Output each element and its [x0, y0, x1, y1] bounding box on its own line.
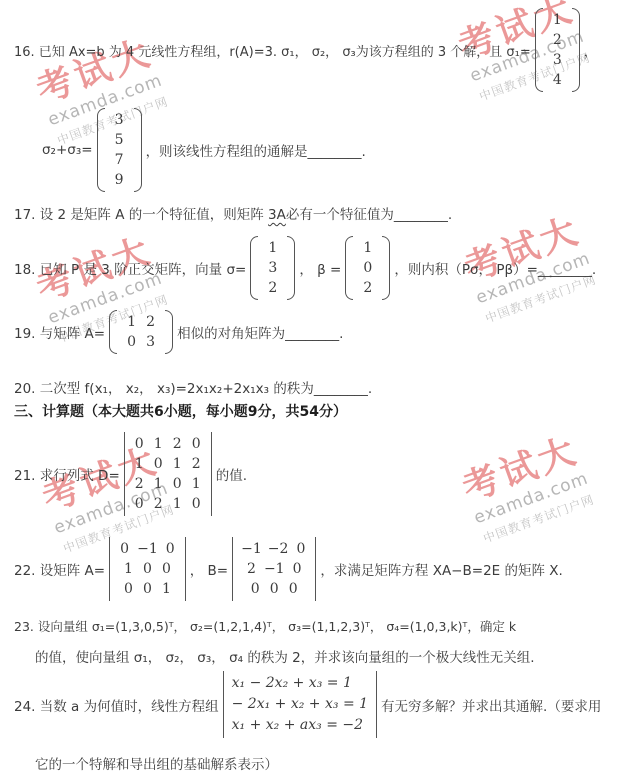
- matrix-cell: 1: [160, 579, 173, 599]
- matrix-cell: x₁ + x₂ + ax₃ = −2: [232, 715, 363, 736]
- matrix-cell: 0: [361, 258, 374, 278]
- matrix-row: 2: [263, 278, 282, 298]
- matrix-cell: 1: [125, 312, 138, 332]
- matrix-b-3x3: −1−202−10000: [232, 537, 316, 601]
- left-paren-icon: [250, 236, 258, 300]
- matrix-row: 0: [358, 258, 377, 278]
- question-22: 22. 设矩阵 A= 0−10100001 ， B= −1−202−10000 …: [14, 537, 563, 601]
- matrix-row: 3: [110, 110, 129, 130]
- matrix-cell: 0: [190, 494, 203, 514]
- matrix-cell: 1: [361, 238, 374, 258]
- matrix-row: x₁ + x₂ + ax₃ = −2: [232, 715, 363, 736]
- vector-sigma-body: 132: [258, 236, 287, 300]
- question-22-text-a: 22. 设矩阵 A=: [14, 559, 105, 579]
- matrix-cell: 0: [190, 434, 203, 454]
- matrix-row: 1: [358, 238, 377, 258]
- matrix-row: − 2x₁ + x₂ + x₃ = 1: [232, 694, 368, 715]
- matrix-cell: 1: [122, 559, 135, 579]
- matrix-row: 12: [122, 312, 160, 332]
- question-21: 21. 求行列式 D= 0120101221010210 的值.: [14, 432, 247, 516]
- matrix-cell: 1: [152, 474, 165, 494]
- matrix-row: 000: [238, 579, 310, 599]
- matrix-cell: 1: [551, 10, 564, 30]
- matrix-cell: 3: [266, 258, 279, 278]
- matrix-cell: 2: [190, 454, 203, 474]
- matrix-cell: 2: [266, 278, 279, 298]
- matrix-row: 3: [548, 50, 567, 70]
- matrix-row: 1: [548, 10, 567, 30]
- matrix-cell: 0: [160, 559, 173, 579]
- question-20: 20. 二次型 f(x₁， x₂， x₃)=2x₁x₂+2x₁x₃ 的秩为___…: [14, 377, 372, 397]
- matrix-cell: 1: [133, 454, 146, 474]
- matrix-cell: 1: [152, 434, 165, 454]
- question-19-text-a: 19. 与矩阵 A=: [14, 322, 105, 342]
- question-18-text-b: ， β =: [299, 258, 341, 278]
- matrix-a-body: 1203: [117, 310, 165, 354]
- matrix-cell: 0: [152, 454, 165, 474]
- matrix-b-3x3-body: −1−202−10000: [233, 537, 315, 601]
- watermark-domain-text: examda.com: [451, 461, 612, 536]
- section-3-title: 三、计算题（本大题共6小题，每小题9分，共54分）: [14, 404, 347, 420]
- matrix-row: 9: [110, 170, 129, 190]
- matrix-cell: 5: [113, 130, 126, 150]
- left-paren-icon: [97, 108, 105, 192]
- vector-beta-body: 102: [353, 236, 382, 300]
- question-21-text-b: 的值.: [216, 464, 247, 484]
- vector-sum-body: 3579: [105, 108, 134, 192]
- determinant-d: 0120101221010210: [124, 432, 212, 516]
- question-23-text-2: 的值，使向量组 σ₁， σ₂， σ₃， σ₄ 的秩为 2，并求该向量组的一个极大…: [35, 650, 535, 666]
- right-paren-icon: [572, 8, 580, 92]
- matrix-row: 7: [110, 150, 129, 170]
- matrix-cell: 2: [152, 494, 165, 514]
- question-22-text-b: ， B=: [190, 559, 228, 579]
- matrix-cell: 3: [144, 332, 157, 352]
- question-19-text-b: 相似的对角矩阵为________.: [177, 322, 343, 342]
- matrix-cell: 0: [294, 539, 307, 559]
- question-17-emphasized-3a: 3A: [268, 207, 286, 223]
- matrix-row: 0−10: [115, 539, 180, 559]
- question-17: 17. 设 2 是矩阵 A 的一个特征值，则矩阵 3A必有一个特征值为_____…: [14, 203, 452, 223]
- matrix-cell: 2: [245, 559, 258, 579]
- question-18: 18. 已知 P 是 3 阶正交矩阵，向量 σ= 132 ， β = 102 ，…: [14, 236, 596, 300]
- matrix-cell: −2: [268, 539, 289, 559]
- question-16-tail: ，则该线性方程组的通解是________.: [146, 140, 366, 160]
- matrix-cell: 0: [268, 579, 281, 599]
- right-paren-icon: [134, 108, 142, 192]
- vector-sigma: 132: [250, 236, 295, 300]
- matrix-cell: 9: [113, 170, 126, 190]
- left-paren-icon: [345, 236, 353, 300]
- matrix-cell: 2: [133, 474, 146, 494]
- watermark-examda: 考试大 examda.com 中国教育考试门户网: [437, 424, 618, 554]
- question-24: 24. 当数 a 为何值时，线性方程组 x₁ − 2x₂ + x₃ = 1− 2…: [14, 671, 601, 738]
- matrix-row: 0210: [130, 494, 206, 514]
- determinant-d-body: 0120101221010210: [125, 432, 211, 516]
- matrix-row: 0120: [130, 434, 206, 454]
- matrix-row: 1012: [130, 454, 206, 474]
- matrix-a-3x3-body: 0−10100001: [110, 537, 185, 601]
- vector-sigma1: 1234: [535, 8, 580, 92]
- matrix-cell: x₁ − 2x₂ + x₃ = 1: [232, 673, 352, 694]
- question-20-text: 20. 二次型 f(x₁， x₂， x₃)=2x₁x₂+2x₁x₃ 的秩为___…: [14, 381, 372, 397]
- question-16-line-1: 16. 已知 Ax=b 为 4 元线性方程组，r(A)=3. σ₁， σ₂， σ…: [14, 8, 597, 92]
- section-3-header: 三、计算题（本大题共6小题，每小题9分，共54分）: [14, 401, 347, 421]
- matrix-cell: 0: [141, 559, 154, 579]
- matrix-row: −1−20: [238, 539, 310, 559]
- question-24-text-2: 它的一个特解和导出组的基础解系表示）: [35, 757, 278, 773]
- question-22-text-c: ，求满足矩阵方程 XA−B=2E 的矩阵 X.: [320, 559, 562, 579]
- matrix-row: 3: [263, 258, 282, 278]
- question-18-text-c: ，则内积（Pσ， Pβ）=________.: [394, 258, 596, 278]
- matrix-cell: 1: [171, 454, 184, 474]
- matrix-cell: 2: [551, 30, 564, 50]
- matrix-cell: 0: [141, 579, 154, 599]
- matrix-row: 2: [358, 278, 377, 298]
- matrix-cell: 0: [249, 579, 262, 599]
- question-16-line-2: σ₂+σ₃= 3579 ，则该线性方程组的通解是________.: [42, 108, 366, 192]
- left-paren-icon: [535, 8, 543, 92]
- matrix-cell: 2: [361, 278, 374, 298]
- matrix-row: 5: [110, 130, 129, 150]
- matrix-cell: 0: [133, 434, 146, 454]
- vector-sigma2-plus-sigma3: 3579: [97, 108, 142, 192]
- matrix-cell: 1: [190, 474, 203, 494]
- sigma-sum-label: σ₂+σ₃=: [42, 142, 93, 158]
- question-17-text-c: 必有一个特征值为________.: [286, 207, 452, 223]
- matrix-a-2x2: 1203: [109, 310, 173, 354]
- equation-system: x₁ − 2x₂ + x₃ = 1− 2x₁ + x₂ + x₃ = 1x₁ +…: [223, 671, 377, 738]
- matrix-cell: −1: [241, 539, 262, 559]
- matrix-cell: 0: [291, 559, 304, 579]
- matrix-cell: 0: [164, 539, 177, 559]
- matrix-cell: 3: [113, 110, 126, 130]
- matrix-cell: 0: [171, 474, 184, 494]
- question-16-comma: ，: [584, 41, 597, 60]
- matrix-cell: 0: [118, 539, 131, 559]
- matrix-cell: 2: [144, 312, 157, 332]
- matrix-cell: 4: [551, 70, 564, 90]
- vector-beta: 102: [345, 236, 390, 300]
- matrix-cell: 2: [171, 434, 184, 454]
- question-23-line-2: 的值，使向量组 σ₁， σ₂， σ₃， σ₄ 的秩为 2，并求该向量组的一个极大…: [35, 646, 535, 666]
- matrix-cell: 0: [287, 579, 300, 599]
- matrix-row: 2101: [130, 474, 206, 494]
- question-21-text-a: 21. 求行列式 D=: [14, 464, 120, 484]
- question-17-text-a: 17. 设 2 是矩阵 A 的一个特征值，则矩阵: [14, 207, 268, 223]
- matrix-row: 2: [548, 30, 567, 50]
- question-23-line-1: 23. 设向量组 σ₁=(1,3,0,5)ᵀ， σ₂=(1,2,1,4)ᵀ， σ…: [14, 617, 516, 635]
- matrix-row: x₁ − 2x₂ + x₃ = 1: [232, 673, 352, 694]
- matrix-row: 03: [122, 332, 160, 352]
- matrix-cell: 0: [125, 332, 138, 352]
- matrix-cell: −1: [137, 539, 158, 559]
- question-24-line-2: 它的一个特解和导出组的基础解系表示）: [35, 753, 278, 773]
- watermark-brand-text: 考试大: [437, 424, 603, 514]
- matrix-row: 100: [115, 559, 180, 579]
- question-23-text-1: 23. 设向量组 σ₁=(1,3,0,5)ᵀ， σ₂=(1,2,1,4)ᵀ， σ…: [14, 619, 516, 634]
- right-paren-icon: [382, 236, 390, 300]
- vector-sigma1-body: 1234: [543, 8, 572, 92]
- question-19: 19. 与矩阵 A= 1203 相似的对角矩阵为________.: [14, 310, 343, 354]
- matrix-cell: 1: [171, 494, 184, 514]
- matrix-cell: 0: [122, 579, 135, 599]
- left-paren-icon: [109, 310, 117, 354]
- matrix-row: 001: [115, 579, 180, 599]
- matrix-cell: 1: [266, 238, 279, 258]
- matrix-cell: 0: [133, 494, 146, 514]
- matrix-row: 2−10: [238, 559, 310, 579]
- matrix-a-3x3: 0−10100001: [109, 537, 186, 601]
- matrix-cell: − 2x₁ + x₂ + x₃ = 1: [232, 694, 368, 715]
- question-16-text: 16. 已知 Ax=b 为 4 元线性方程组，r(A)=3. σ₁， σ₂， σ…: [14, 41, 531, 60]
- right-paren-icon: [287, 236, 295, 300]
- equation-system-body: x₁ − 2x₂ + x₃ = 1− 2x₁ + x₂ + x₃ = 1x₁ +…: [224, 671, 376, 738]
- question-24-text-b: 有无穷多解？并求出其通解.（要求用: [381, 695, 601, 715]
- matrix-row: 4: [548, 70, 567, 90]
- matrix-row: 1: [263, 238, 282, 258]
- question-24-text-a: 24. 当数 a 为何值时，线性方程组: [14, 695, 219, 715]
- exam-page: 考试大 examda.com 中国教育考试门户网 考试大 examda.com …: [0, 0, 620, 777]
- matrix-cell: 7: [113, 150, 126, 170]
- right-paren-icon: [165, 310, 173, 354]
- question-18-text-a: 18. 已知 P 是 3 阶正交矩阵，向量 σ=: [14, 258, 246, 278]
- matrix-cell: 3: [551, 50, 564, 70]
- matrix-cell: −1: [264, 559, 285, 579]
